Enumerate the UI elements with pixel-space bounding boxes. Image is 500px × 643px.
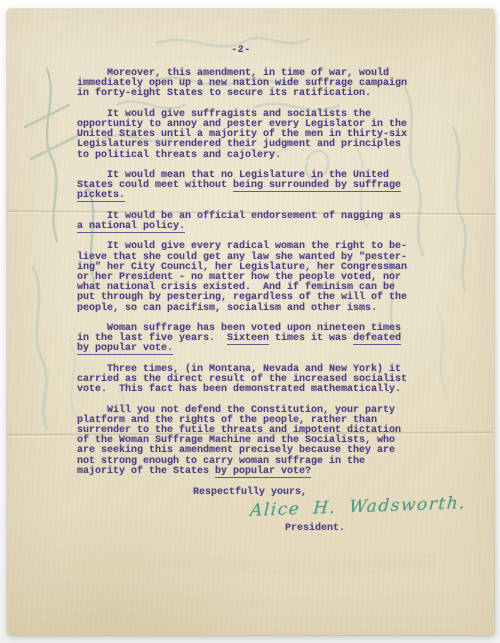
text-segment: times it was xyxy=(269,333,353,344)
underlined-text: by popular vote? xyxy=(215,466,311,478)
paragraph: Will you not defend the Constitution, yo… xyxy=(77,406,427,477)
underlined-text: by popular vote. xyxy=(77,343,173,355)
paragraph: Moreover, this amendment, in time of war… xyxy=(77,69,427,100)
typewritten-line: pickets. xyxy=(77,191,427,201)
typewritten-line: vote. This fact has been demonstrated ma… xyxy=(77,385,427,395)
paragraph: Woman suffrage has been voted upon ninet… xyxy=(77,324,427,355)
typewritten-line: a national policy. xyxy=(77,222,427,232)
paragraph: It would be an official endorsement of n… xyxy=(77,212,427,232)
typewritten-line: States could meet without being surround… xyxy=(77,181,427,191)
letter-paper: -2- Moreover, this amendment, in time of… xyxy=(7,9,494,635)
typewritten-line: people, so can pacifism, socialism and o… xyxy=(77,304,427,314)
typewritten-line: by popular vote. xyxy=(77,344,427,354)
text-segment: to political threats and cajolery. xyxy=(77,150,281,161)
typewritten-line: to political threats and cajolery. xyxy=(77,151,427,161)
text-segment: people, so can pacifism, socialism and o… xyxy=(77,303,377,314)
underlined-text: being surrounded by suffrage xyxy=(233,180,401,192)
typewritten-line: in forty-eight States to secure its rati… xyxy=(77,89,427,99)
typewritten-line: majority of the States by popular vote? xyxy=(77,467,427,477)
paragraph: Three times, (in Montana, Nevada and New… xyxy=(77,365,427,396)
text-segment: majority of the States xyxy=(77,466,215,477)
signer-title: President. xyxy=(285,524,345,534)
underlined-text: Sixteen xyxy=(227,333,269,345)
paragraph: It would give every radical woman the ri… xyxy=(77,242,427,313)
paragraph: It would mean that no Legislature in the… xyxy=(77,171,427,202)
underlined-text: a national policy. xyxy=(77,221,185,233)
underlined-text: pickets. xyxy=(77,190,125,202)
text-segment: in forty-eight States to secure its rati… xyxy=(77,88,371,99)
text-segment: vote. This fact has been demonstrated ma… xyxy=(77,384,401,395)
letter-body: Moreover, this amendment, in time of war… xyxy=(77,69,427,487)
scanned-letter-page: -2- Moreover, this amendment, in time of… xyxy=(0,0,500,643)
page-number: -2- xyxy=(223,46,259,56)
underlined-text: defeated xyxy=(353,333,401,345)
paragraph: It would give suffragists and socialists… xyxy=(77,110,427,161)
valediction: Respectfully yours, xyxy=(193,488,307,498)
